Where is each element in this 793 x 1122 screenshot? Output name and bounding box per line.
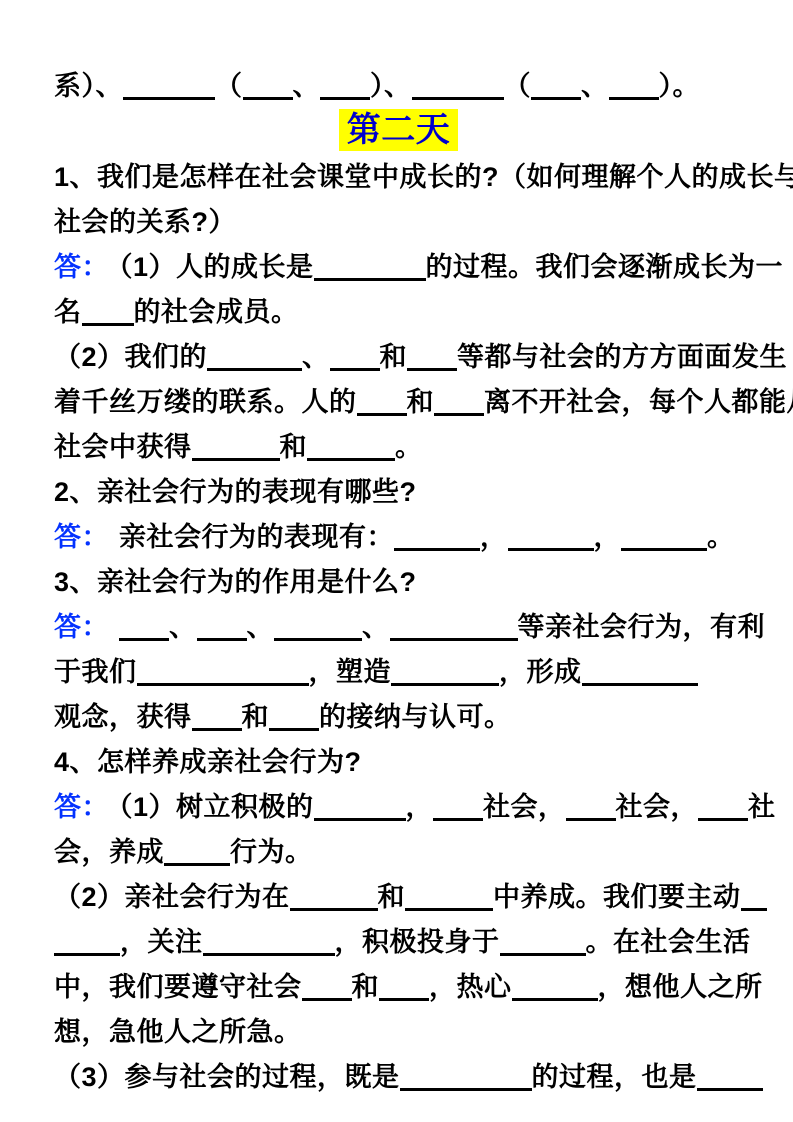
- text-segment: （2）亲社会行为在: [54, 882, 290, 912]
- text-segment: 、: [247, 612, 275, 642]
- continuation-line: 系）、（、）、（、）。: [54, 64, 743, 109]
- answer-label: 答：: [54, 792, 109, 822]
- fill-in-blank: [274, 611, 362, 641]
- fill-in-blank: [320, 70, 370, 100]
- answer-label: 答：: [54, 252, 109, 282]
- text-segment: 社会中获得: [54, 432, 192, 462]
- text-segment: 等亲社会行为，有利: [518, 612, 766, 642]
- text-segment: （2）我们的: [54, 342, 207, 372]
- fill-in-blank: [698, 791, 748, 821]
- text-segment: ，积极投身于: [335, 927, 500, 957]
- worksheet-page: 系）、（、）、（、）。第二天1、我们是怎样在社会课堂中成长的?（如何理解个人的成…: [0, 0, 793, 1122]
- fill-in-blank: [197, 611, 247, 641]
- answer-label: 答：: [54, 612, 109, 642]
- fill-in-blank: [357, 386, 407, 416]
- text-segment: ，热心: [429, 972, 512, 1002]
- fill-in-blank: [434, 386, 484, 416]
- answer-2: 答：亲社会行为的表现有：，，。: [54, 515, 743, 560]
- text-segment: 2、亲社会行为的表现有哪些?: [54, 477, 417, 507]
- answer-4-line-6: 想，急他人之所急。: [54, 1010, 743, 1055]
- fill-in-blank: [54, 926, 120, 956]
- text-segment: 和: [380, 342, 408, 372]
- answer-1-line-2: 名的社会成员。: [54, 290, 743, 335]
- fill-in-blank: [314, 251, 426, 281]
- answer-label: 答：: [54, 522, 109, 552]
- fill-in-blank: [192, 701, 242, 731]
- fill-in-blank: [412, 70, 504, 100]
- fill-in-blank: [203, 926, 335, 956]
- question-3: 3、亲社会行为的作用是什么?: [54, 560, 743, 605]
- fill-in-blank: [390, 611, 518, 641]
- fill-in-blank: [394, 521, 480, 551]
- fill-in-blank: [302, 971, 352, 1001]
- text-segment: ，: [480, 522, 508, 552]
- text-segment: 亲社会行为的表现有：: [119, 522, 394, 552]
- question-1-line-2: 社会的关系?）: [54, 200, 743, 245]
- text-segment: 社会的关系?）: [54, 207, 236, 237]
- text-segment: 1、我们是怎样在社会课堂中成长的?（如何理解个人的成长与: [54, 162, 793, 192]
- text-segment: 名: [54, 297, 82, 327]
- text-segment: 和: [352, 972, 380, 1002]
- answer-1-line-4: 着千丝万缕的联系。人的和离不开社会，每个人都能从: [54, 380, 743, 425]
- answer-4-line-7: （3）参与社会的过程，既是的过程，也是: [54, 1055, 743, 1100]
- text-segment: 。: [707, 522, 735, 552]
- text-segment: 行为。: [230, 837, 313, 867]
- text-segment: ，想他人之所: [598, 972, 763, 1002]
- text-segment: 着千丝万缕的联系。人的: [54, 387, 357, 417]
- text-segment: （3）参与社会的过程，既是: [54, 1062, 400, 1092]
- text-segment: 和: [242, 702, 270, 732]
- answer-4-line-5: 中，我们要遵守社会和，热心，想他人之所: [54, 965, 743, 1010]
- fill-in-blank: [407, 341, 457, 371]
- fill-in-blank: [621, 521, 707, 551]
- fill-in-blank: [243, 70, 293, 100]
- text-segment: 的社会成员。: [134, 297, 299, 327]
- document-body: 系）、（、）、（、）。第二天1、我们是怎样在社会课堂中成长的?（如何理解个人的成…: [54, 64, 743, 1100]
- fill-in-blank: [697, 1061, 763, 1091]
- text-segment: 的过程，也是: [532, 1062, 697, 1092]
- text-segment: 。: [395, 432, 423, 462]
- text-segment: 于我们: [54, 657, 137, 687]
- question-1-line-1: 1、我们是怎样在社会课堂中成长的?（如何理解个人的成长与: [54, 155, 743, 200]
- question-2: 2、亲社会行为的表现有哪些?: [54, 470, 743, 515]
- text-segment: （: [215, 71, 243, 101]
- text-segment: 、: [293, 71, 321, 101]
- answer-3-line-3: 观念，获得和的接纳与认可。: [54, 695, 743, 740]
- text-segment: （: [504, 71, 532, 101]
- text-segment: 3、亲社会行为的作用是什么?: [54, 567, 417, 597]
- text-segment: 社会，: [483, 792, 566, 822]
- fill-in-blank: [531, 70, 581, 100]
- text-segment: 观念，获得: [54, 702, 192, 732]
- text-segment: （1）树立积极的: [119, 792, 314, 822]
- fill-in-blank: [741, 881, 767, 911]
- text-segment: 、: [302, 342, 330, 372]
- answer-1-line-3: （2）我们的、和等都与社会的方方面面发生: [54, 335, 743, 380]
- fill-in-blank: [192, 431, 280, 461]
- question-4: 4、怎样养成亲社会行为?: [54, 740, 743, 785]
- fill-in-blank: [290, 881, 378, 911]
- fill-in-blank: [164, 836, 230, 866]
- text-segment: 和: [378, 882, 406, 912]
- text-segment: 社: [748, 792, 776, 822]
- fill-in-blank: [566, 791, 616, 821]
- text-segment: ，形成: [499, 657, 582, 687]
- answer-1-line-5: 社会中获得和。: [54, 425, 743, 470]
- text-segment: ，关注: [120, 927, 203, 957]
- fill-in-blank: [433, 791, 483, 821]
- text-segment: 系）、: [54, 71, 123, 101]
- fill-in-blank: [314, 791, 406, 821]
- text-segment: 社会，: [616, 792, 699, 822]
- answer-4-line-3: （2）亲社会行为在和中养成。我们要主动: [54, 875, 743, 920]
- answer-3-line-1: 答：、、、等亲社会行为，有利: [54, 605, 743, 650]
- text-segment: ，: [594, 522, 622, 552]
- text-segment: 想，急他人之所急。: [54, 1017, 302, 1047]
- fill-in-blank: [269, 701, 319, 731]
- text-segment: 中养成。我们要主动: [493, 882, 741, 912]
- text-segment: 的接纳与认可。: [319, 702, 512, 732]
- fill-in-blank: [508, 521, 594, 551]
- text-segment: ）、: [370, 71, 412, 101]
- fill-in-blank: [379, 971, 429, 1001]
- fill-in-blank: [582, 656, 698, 686]
- fill-in-blank: [609, 70, 659, 100]
- fill-in-blank: [207, 341, 302, 371]
- text-segment: 、: [362, 612, 390, 642]
- day-2-title-line: 第二天: [54, 109, 743, 155]
- text-segment: 离不开社会，每个人都能从: [484, 387, 793, 417]
- text-segment: ）。: [659, 71, 701, 101]
- text-segment: 和: [280, 432, 308, 462]
- text-segment: 。在社会生活: [586, 927, 751, 957]
- fill-in-blank: [512, 971, 598, 1001]
- section-title: 第二天: [339, 109, 459, 151]
- fill-in-blank: [500, 926, 586, 956]
- fill-in-blank: [82, 296, 134, 326]
- text-segment: ，: [406, 792, 434, 822]
- text-segment: 、: [581, 71, 609, 101]
- text-segment: 和: [407, 387, 435, 417]
- text-segment: （1）人的成长是: [119, 252, 314, 282]
- answer-4-line-2: 会，养成行为。: [54, 830, 743, 875]
- fill-in-blank: [391, 656, 499, 686]
- text-segment: 4、怎样养成亲社会行为?: [54, 747, 362, 777]
- fill-in-blank: [137, 656, 309, 686]
- fill-in-blank: [405, 881, 493, 911]
- text-segment: ，塑造: [309, 657, 392, 687]
- answer-3-line-2: 于我们，塑造，形成: [54, 650, 743, 695]
- fill-in-blank: [119, 611, 169, 641]
- text-segment: 、: [169, 612, 197, 642]
- answer-1-line-1: 答：（1）人的成长是的过程。我们会逐渐成长为一: [54, 245, 743, 290]
- answer-4-line-4: ，关注，积极投身于。在社会生活: [54, 920, 743, 965]
- fill-in-blank: [400, 1061, 532, 1091]
- fill-in-blank: [330, 341, 380, 371]
- text-segment: 等都与社会的方方面面发生: [457, 342, 787, 372]
- text-segment: 的过程。我们会逐渐成长为一: [426, 252, 784, 282]
- answer-4-line-1: 答：（1）树立积极的，社会，社会，社: [54, 785, 743, 830]
- text-segment: 会，养成: [54, 837, 164, 867]
- fill-in-blank: [123, 70, 215, 100]
- text-segment: 中，我们要遵守社会: [54, 972, 302, 1002]
- fill-in-blank: [307, 431, 395, 461]
